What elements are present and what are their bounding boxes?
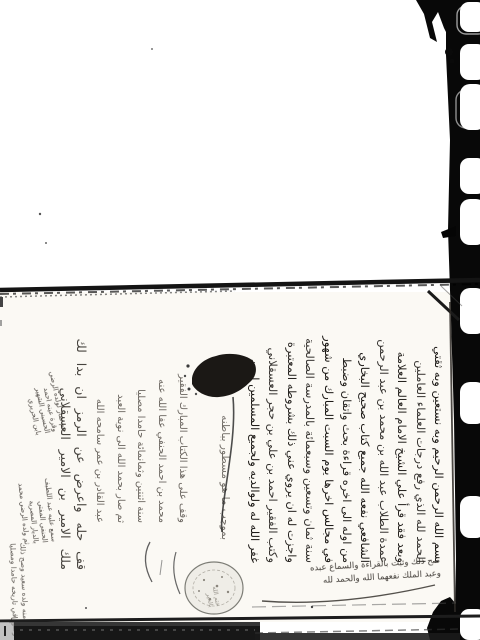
speck bbox=[151, 48, 153, 50]
film-artifacts-overlay bbox=[0, 0, 480, 640]
film-strip bbox=[416, 0, 480, 640]
ink-blot-fringe bbox=[195, 393, 197, 395]
dust-specks bbox=[39, 48, 313, 609]
sprocket-hole bbox=[460, 609, 480, 640]
seal-speckle bbox=[227, 591, 229, 593]
sprocket-hole bbox=[460, 288, 480, 334]
frame-scratch-line bbox=[0, 280, 480, 290]
band-corner-left bbox=[0, 622, 14, 640]
arc-mark bbox=[145, 542, 152, 582]
thin-scratch-lower bbox=[252, 603, 456, 607]
ink-descender-stroke bbox=[222, 397, 234, 532]
band-corner-mark bbox=[4, 626, 6, 636]
sprocket-hole bbox=[460, 44, 480, 80]
film-corner-drip bbox=[445, 48, 453, 56]
arc-mark bbox=[160, 560, 162, 575]
ink-blot-fringe bbox=[184, 375, 186, 377]
exposure-band-bottom bbox=[0, 616, 480, 640]
colophon-swash bbox=[262, 585, 435, 602]
sprocket-hole bbox=[460, 158, 480, 194]
sprocket-hole bbox=[460, 382, 480, 424]
ink-blot bbox=[184, 354, 256, 532]
ink-blot-fringe bbox=[186, 364, 189, 367]
seal-speckle bbox=[198, 590, 200, 592]
film-corner-drip bbox=[450, 59, 455, 64]
speck bbox=[311, 606, 313, 608]
arc-mark bbox=[174, 552, 180, 594]
band-gray-edge bbox=[14, 622, 260, 626]
speck bbox=[39, 213, 41, 215]
left-edge-mark bbox=[0, 297, 3, 307]
ink-blot-fringe bbox=[188, 388, 191, 391]
sprocket-hole bbox=[460, 199, 480, 245]
speck bbox=[85, 607, 87, 609]
sprocket-hole bbox=[460, 496, 480, 538]
scratch-lines bbox=[0, 280, 480, 612]
band-top-line bbox=[0, 616, 480, 621]
microfilm-scan: بسم الله الرحمن الرحيم وبه نستعين وبه ثق… bbox=[0, 0, 480, 640]
speck bbox=[45, 242, 47, 244]
seal-speckle bbox=[221, 576, 223, 578]
ink-blot-body bbox=[192, 354, 256, 397]
left-edge-mark bbox=[0, 320, 2, 326]
band-dark-right bbox=[255, 633, 460, 640]
